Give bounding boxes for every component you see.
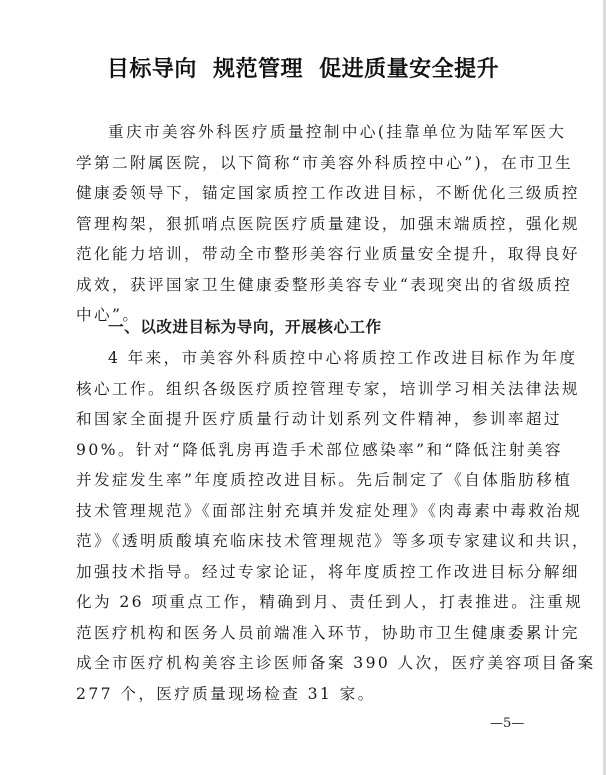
text-line: 重庆市美容外科医疗质量控制中心(挂靠单位为陆军军医大 [76, 117, 532, 148]
text-line: 90%。针对“降低乳房再造手术部位感染率”和“降低注射美容 [76, 435, 532, 466]
text-line: 化为 26 项重点工作，精确到月、责任到人，打表推进。注重规 [76, 587, 532, 618]
text-line: 4 年来，市美容外科质控中心将质控工作改进目标作为年度 [76, 343, 532, 374]
document-title: 目标导向 规范管理 促进质量安全提升 [0, 52, 606, 83]
text-line: 技术管理规范》《面部注射充填并发症处理》《肉毒素中毒救治规 [76, 496, 532, 527]
text-line: 管理构架，狠抓哨点医院医疗质量建设，加强末端质控，强化规 [76, 209, 532, 240]
text-line: 学第二附属医院，以下简称“市美容外科质控中心”)，在市卫生 [76, 148, 532, 179]
section-heading: 一、以改进目标为导向，开展核心工作 [108, 315, 382, 337]
text-line: 核心工作。组织各级医疗质控管理专家，培训学习相关法律法规 [76, 374, 532, 405]
page-number: —5— [490, 716, 524, 731]
paragraph-section-1: 4 年来，市美容外科质控中心将质控工作改进目标作为年度 核心工作。组织各级医疗质… [76, 343, 532, 709]
text-line: 并发症发生率”年度质控改进目标。先后制定了《自体脂肪移植 [76, 465, 532, 496]
text-line: 范医疗机构和医务人员前端准入环节，协助市卫生健康委累计完 [76, 618, 532, 649]
text-line: 范》《透明质酸填充临床技术管理规范》等多项专家建议和共识， [76, 526, 532, 557]
text-line: 健康委领导下，锚定国家质控工作改进目标，不断优化三级质控 [76, 178, 532, 209]
text-line: 277 个，医疗质量现场检查 31 家。 [76, 679, 532, 710]
text-line: 成效，获评国家卫生健康委整形美容专业“表现突出的省级质控 [76, 270, 532, 301]
text-line: 成全市医疗机构美容主诊医师备案 390 人次，医疗美容项目备案 [76, 648, 532, 679]
paragraph-intro: 重庆市美容外科医疗质量控制中心(挂靠单位为陆军军医大 学第二附属医院，以下简称“… [76, 117, 532, 331]
text-line: 加强技术指导。经过专家论证，将年度质控工作改进目标分解细 [76, 557, 532, 588]
text-line: 和国家全面提升医疗质量行动计划系列文件精神，参训率超过 [76, 404, 532, 435]
text-line: 范化能力培训，带动全市整形美容行业质量安全提升，取得良好 [76, 239, 532, 270]
